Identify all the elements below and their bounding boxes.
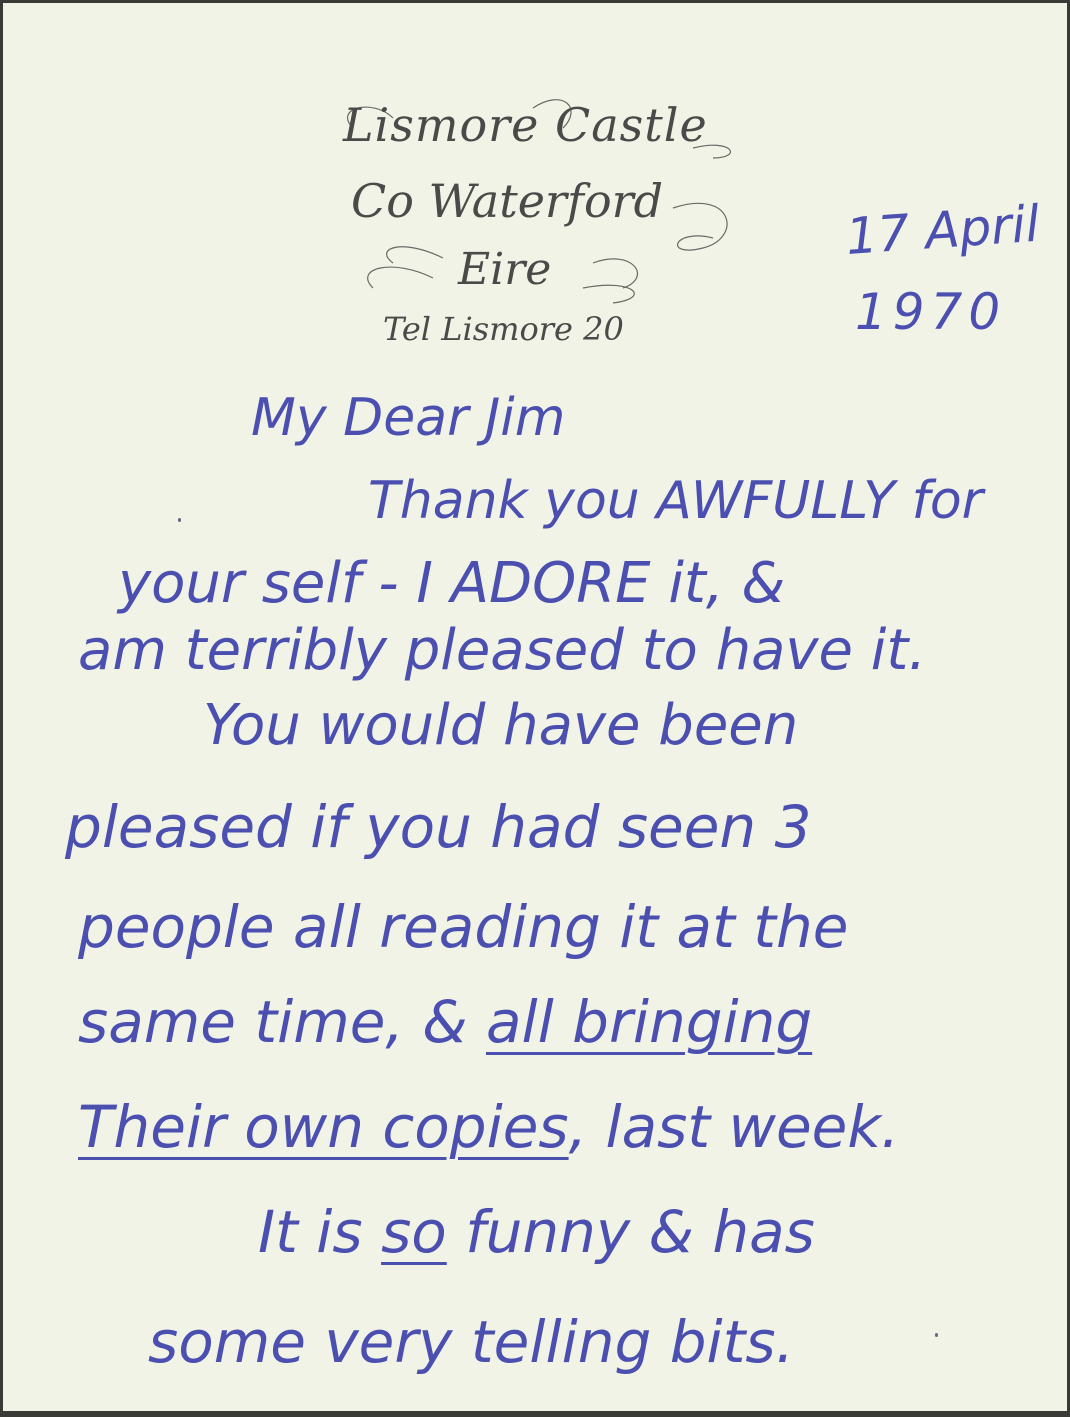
salutation: My Dear Jim bbox=[251, 388, 565, 448]
body-line: same time, & all bringing bbox=[78, 988, 812, 1056]
body-text: It is bbox=[258, 1198, 381, 1266]
body-text: , last week. bbox=[569, 1093, 900, 1161]
date-day-month: 17 April bbox=[844, 195, 1041, 266]
body-line: Thank you AWFULLY for bbox=[368, 471, 983, 531]
underlined-text: all bringing bbox=[486, 988, 812, 1056]
date-year: 1970 bbox=[855, 283, 1006, 341]
letterhead-telephone: Tel Lismore 20 bbox=[383, 310, 624, 348]
body-text: same time, & bbox=[78, 988, 486, 1056]
letterhead-country: Eire bbox=[458, 244, 551, 295]
body-line: am terribly pleased to have it. bbox=[78, 618, 926, 683]
body-line: You would have been bbox=[203, 693, 798, 758]
paper-speck bbox=[178, 518, 181, 522]
body-line: some very telling bits. bbox=[148, 1308, 794, 1376]
body-text: funny & has bbox=[447, 1198, 815, 1266]
letterhead-name: Lismore Castle bbox=[343, 98, 708, 152]
body-line: Their own copies, last week. bbox=[78, 1093, 899, 1161]
underlined-text: so bbox=[381, 1198, 447, 1266]
body-line: It is so funny & has bbox=[258, 1198, 815, 1266]
letter-page: Lismore Castle Co Waterford Eire Tel Lis… bbox=[3, 3, 1067, 1411]
body-line: your self - I ADORE it, & bbox=[118, 551, 785, 616]
body-line: people all reading it at the bbox=[78, 893, 848, 961]
paper-speck bbox=[935, 1333, 938, 1337]
letterhead-county: Co Waterford bbox=[351, 174, 663, 228]
body-line: pleased if you had seen 3 bbox=[65, 793, 812, 861]
underlined-text: Their own copies bbox=[78, 1093, 569, 1161]
